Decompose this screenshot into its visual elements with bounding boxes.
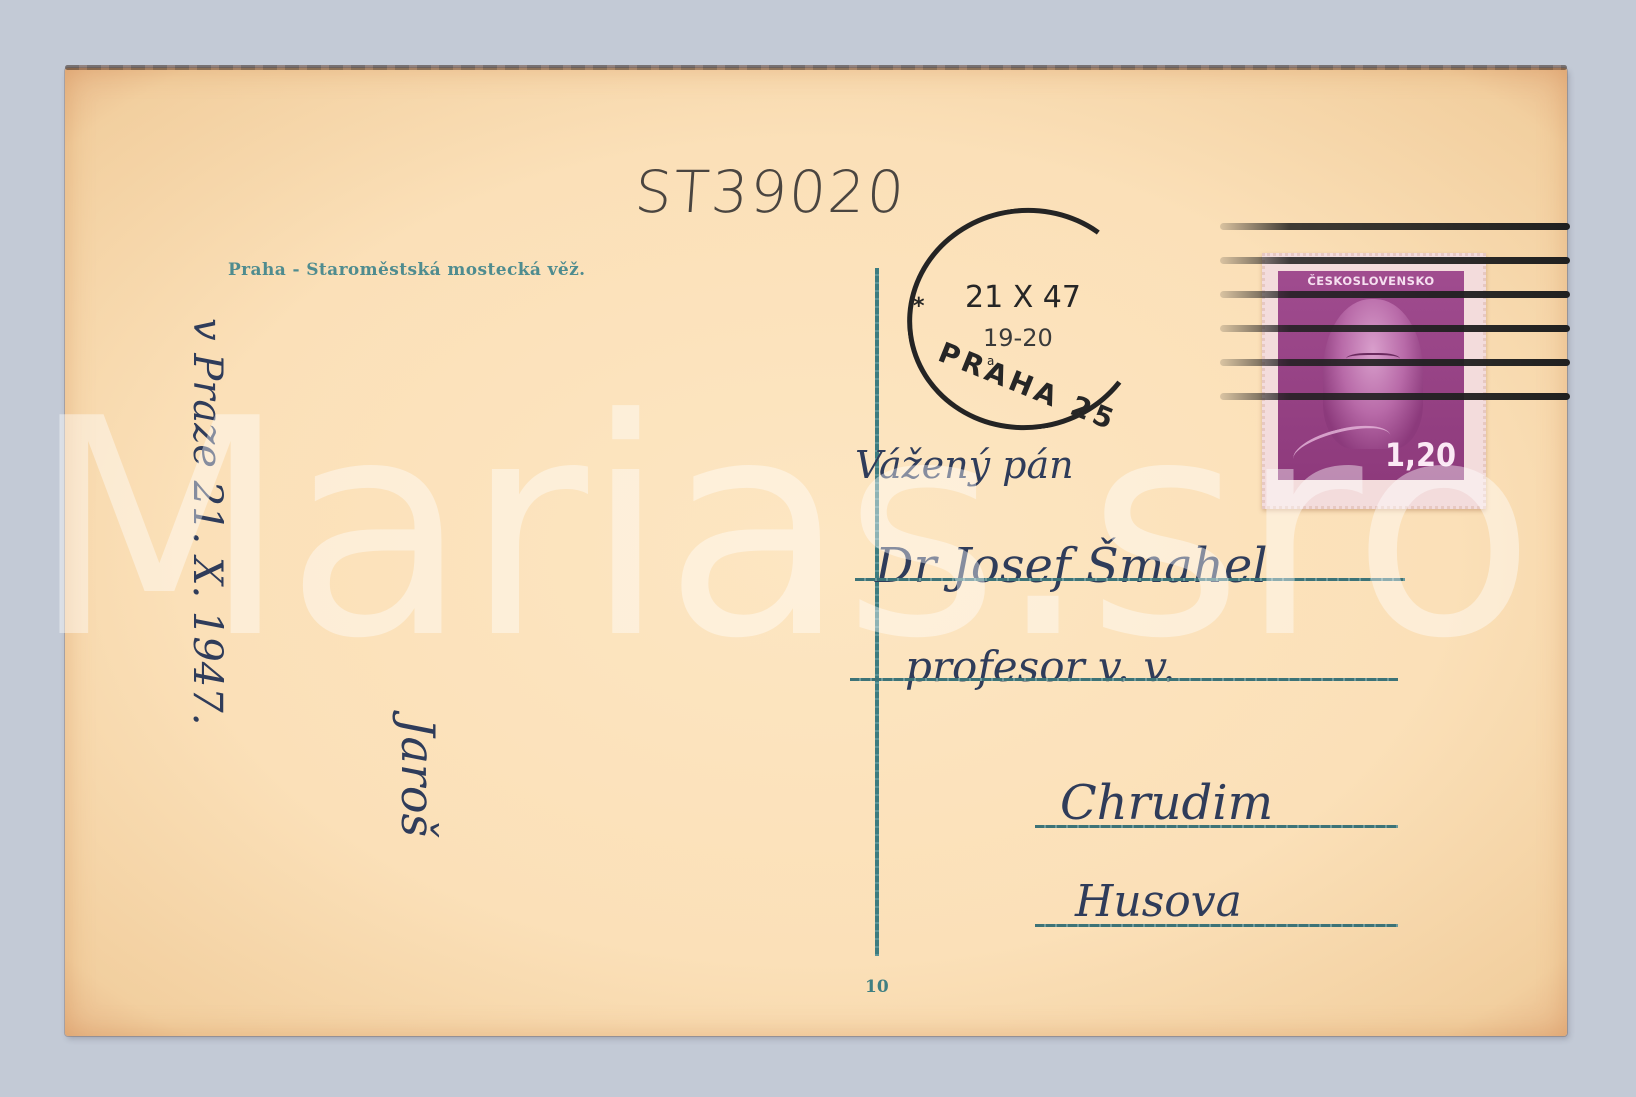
postmark-star: * [913, 294, 925, 319]
address-line-3 [1035, 825, 1398, 828]
address-title: profesor v. v. [905, 642, 1175, 691]
address-line-4 [1035, 924, 1398, 927]
address-line-2 [850, 678, 1398, 681]
postmark-time: 19-20 [983, 324, 1053, 352]
card-number: 10 [865, 977, 889, 997]
message-signature: Jaroš [391, 718, 445, 837]
stamp-value: 1,20 [1385, 436, 1456, 474]
postcard: ST39020 Praha - Staroměstská mostecká vě… [65, 68, 1567, 1036]
address-salutation: Vážený pán [855, 443, 1074, 487]
machine-cancellation [1220, 223, 1570, 427]
address-name: Dr Josef Šmahel [875, 538, 1268, 594]
message-date-line: v Praze 21. X. 1947. [184, 318, 230, 725]
inventory-code: ST39020 [633, 158, 909, 226]
printed-caption: Praha - Staroměstská mostecká věž. [228, 260, 585, 280]
address-street: Husova [1075, 876, 1242, 927]
postmark-date: 21 X 47 [965, 280, 1081, 315]
address-city: Chrudim [1060, 775, 1273, 831]
address-line-1 [855, 578, 1405, 581]
address-divider [875, 268, 879, 956]
